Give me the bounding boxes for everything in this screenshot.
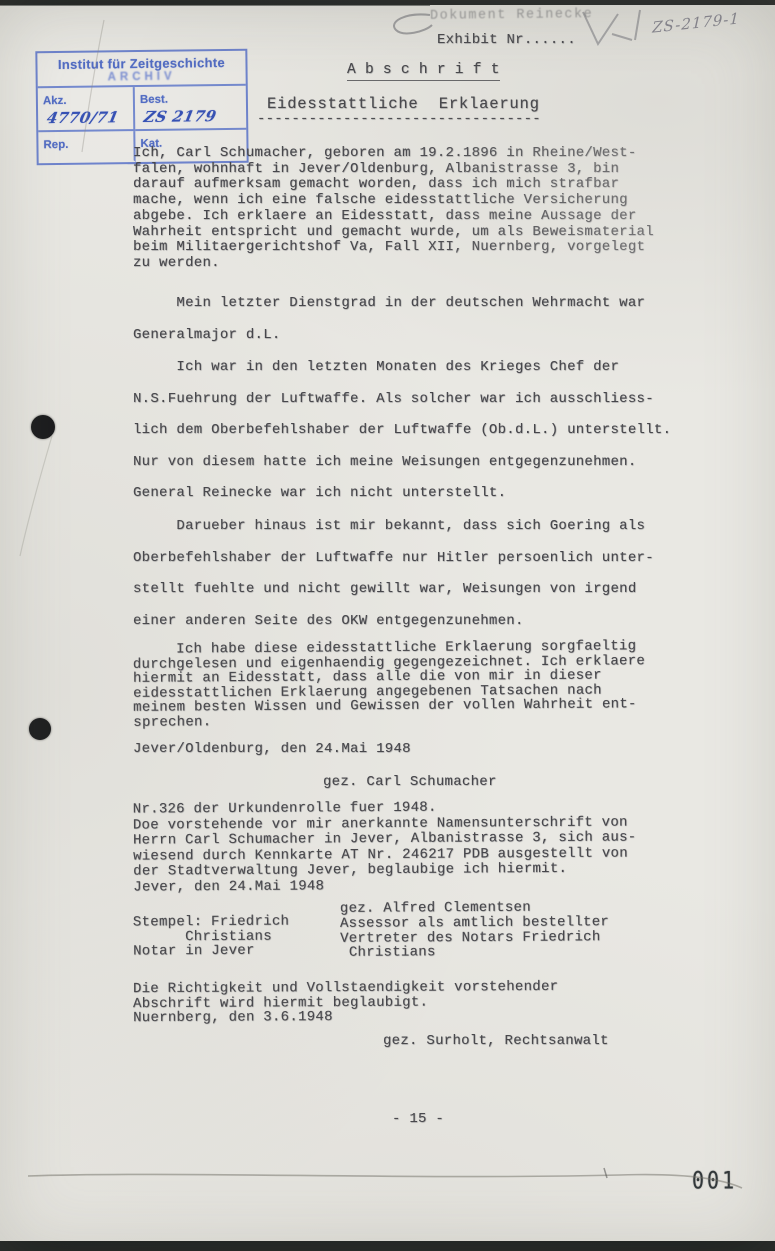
subtitle-dashed-underline: --------------------------------- <box>257 111 541 127</box>
pencil-loop-scribble <box>394 14 432 33</box>
exhibit-number-line: Exhibit Nr...... <box>437 33 576 49</box>
underlying-page-edge <box>28 1174 742 1188</box>
pencil-archive-number: ZS-2179-1 <box>652 9 740 36</box>
frame-number-stamp: 001 <box>692 1166 737 1194</box>
signature-surholt: gez. Surholt, Rechtsanwalt <box>383 1034 609 1049</box>
stamp-cell-best: Best.ZS 2179 <box>135 86 247 131</box>
rep-label: Rep. <box>43 139 68 151</box>
document-title: A b s c h r i f t <box>347 62 500 81</box>
copy-certification-block: Die Richtigkeit und Vollstaendigkeit vor… <box>133 980 559 1026</box>
archive-stamp-archiv: ARCHIV <box>40 70 244 84</box>
signature-clementsen-block: gez. Alfred Clementsen Assessor als amtl… <box>340 900 609 961</box>
place-date-line: Jever/Oldenburg, den 24.Mai 1948 <box>133 742 411 757</box>
pencil-tick-bottom <box>604 1168 607 1178</box>
archive-stamp-header: Institut für Zeitgeschichte ARCHIV <box>37 51 245 89</box>
best-label: Best. <box>140 94 168 106</box>
paragraph-oath-intro: Ich, Carl Schumacher, geboren am 19.2.18… <box>133 146 654 272</box>
best-handwritten-value: ZS 2179 <box>142 107 218 126</box>
stamp-cell-akz: Akz.4770/71 <box>38 87 136 132</box>
punch-hole-top <box>31 415 55 439</box>
faded-document-stamp: Dokument Reinecke <box>430 7 593 24</box>
paragraph-position: Ich war in den letzten Monaten des Krieg… <box>133 352 671 510</box>
scan-edge-bottom <box>0 1241 775 1251</box>
notary-certification-block: Nr.326 der Urkundenrolle fuer 1948. Doe … <box>133 799 637 896</box>
scanned-document-page: Dokument Reinecke ZS-2179-1 Exhibit Nr..… <box>0 0 775 1251</box>
notary-stamp-note: Stempel: Friedrich Christians Notar in J… <box>133 915 290 960</box>
paragraph-goering: Darueber hinaus ist mir bekannt, dass si… <box>133 511 654 637</box>
punch-hole-bottom <box>29 718 51 740</box>
paragraph-rank: Mein letzter Dienstgrad in der deutschen… <box>133 288 645 351</box>
akz-label: Akz. <box>43 95 67 107</box>
signature-schumacher: gez. Carl Schumacher <box>323 775 497 790</box>
stamp-cell-rep: Rep. <box>38 131 135 163</box>
akz-handwritten-value: 4770/71 <box>45 108 120 127</box>
paragraph-closing: Ich habe diese eidesstattliche Erklaerun… <box>133 639 646 730</box>
scan-edge-top-shadow <box>0 4 430 6</box>
page-number: - 15 - <box>392 1112 444 1127</box>
paper-crease-left <box>20 436 52 556</box>
